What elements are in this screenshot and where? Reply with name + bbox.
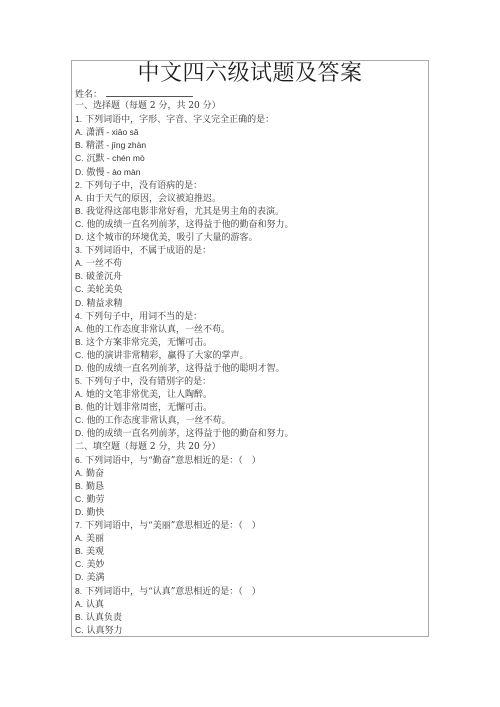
option[interactable]: B.认真负责: [75, 611, 425, 624]
question-prompt: 2.下列句子中，没有语病的是：: [75, 179, 425, 192]
option[interactable]: C.他的成绩一直名列前茅，这得益于他的勤奋和努力。: [75, 218, 425, 231]
option[interactable]: D.他的成绩一直名列前茅，这得益于他的聪明才智。: [75, 362, 425, 375]
option[interactable]: A.美丽: [75, 532, 425, 545]
option[interactable]: B.精湛 - jīng zhàn: [75, 139, 425, 152]
option[interactable]: D.精益求精: [75, 297, 425, 310]
option[interactable]: A.由于天气的原因，会议被迫推迟。: [75, 192, 425, 205]
option[interactable]: A.潇洒 - xiāo sǎ: [75, 126, 425, 139]
option[interactable]: C.他的工作态度非常认真，一丝不苟。: [75, 414, 425, 427]
name-label: 姓名：: [75, 90, 102, 100]
exam-content: 姓名： 一、选择题（每题 2 分，共 20 分） 1.下列词语中，字形、字音、字…: [75, 87, 425, 637]
option[interactable]: A.勤奋: [75, 467, 425, 480]
option[interactable]: C.美轮美奂: [75, 283, 425, 296]
option[interactable]: D.勤快: [75, 506, 425, 519]
option[interactable]: D.美满: [75, 571, 425, 584]
option[interactable]: B.破釜沉舟: [75, 270, 425, 283]
question-prompt: 8.下列词语中，与“认真”意思相近的是：（ ）: [75, 585, 425, 598]
option[interactable]: C.认真努力: [75, 624, 425, 637]
name-field: 姓名：: [75, 87, 425, 100]
option[interactable]: D.这个城市的环境优美，吸引了大量的游客。: [75, 231, 425, 244]
question-prompt: 3.下列词语中，不属于成语的是：: [75, 244, 425, 257]
question-prompt: 6.下列词语中，与“勤奋”意思相近的是：（ ）: [75, 454, 425, 467]
option[interactable]: A.她的文笔非常优美，让人陶醉。: [75, 388, 425, 401]
option[interactable]: B.我觉得这部电影非常好看，尤其是男主角的表演。: [75, 205, 425, 218]
option[interactable]: D.傲慢 - ào màn: [75, 166, 425, 179]
section-heading: 一、选择题（每题 2 分，共 20 分）: [75, 100, 425, 113]
option[interactable]: C.他的演讲非常精彩，赢得了大家的掌声。: [75, 349, 425, 362]
option[interactable]: C.沉默 - chén mò: [75, 152, 425, 165]
option[interactable]: A.一丝不苟: [75, 257, 425, 270]
option[interactable]: B.美观: [75, 545, 425, 558]
option[interactable]: A.他的工作态度非常认真，一丝不苟。: [75, 323, 425, 336]
option[interactable]: B.勤恳: [75, 480, 425, 493]
question-prompt: 7.下列词语中，与“美丽”意思相近的是：（ ）: [75, 519, 425, 532]
option[interactable]: B.他的计划非常周密，无懈可击。: [75, 401, 425, 414]
page-title: 中文四六级试题及答案: [71, 60, 429, 88]
name-blank-line[interactable]: [106, 87, 193, 97]
option[interactable]: C.勤劳: [75, 493, 425, 506]
question-prompt: 1.下列词语中，字形、字音、字义完全正确的是：: [75, 113, 425, 126]
section-heading: 二、填空题（每题 2 分，共 20 分）: [75, 441, 425, 454]
question-prompt: 5.下列句子中，没有错别字的是：: [75, 375, 425, 388]
question-prompt: 4.下列句子中，用词不当的是：: [75, 310, 425, 323]
option[interactable]: C.美妙: [75, 558, 425, 571]
option[interactable]: D.他的成绩一直名列前茅，这得益于他的勤奋和努力。: [75, 427, 425, 440]
option[interactable]: A.认真: [75, 598, 425, 611]
option[interactable]: B.这个方案非常完美，无懈可击。: [75, 336, 425, 349]
